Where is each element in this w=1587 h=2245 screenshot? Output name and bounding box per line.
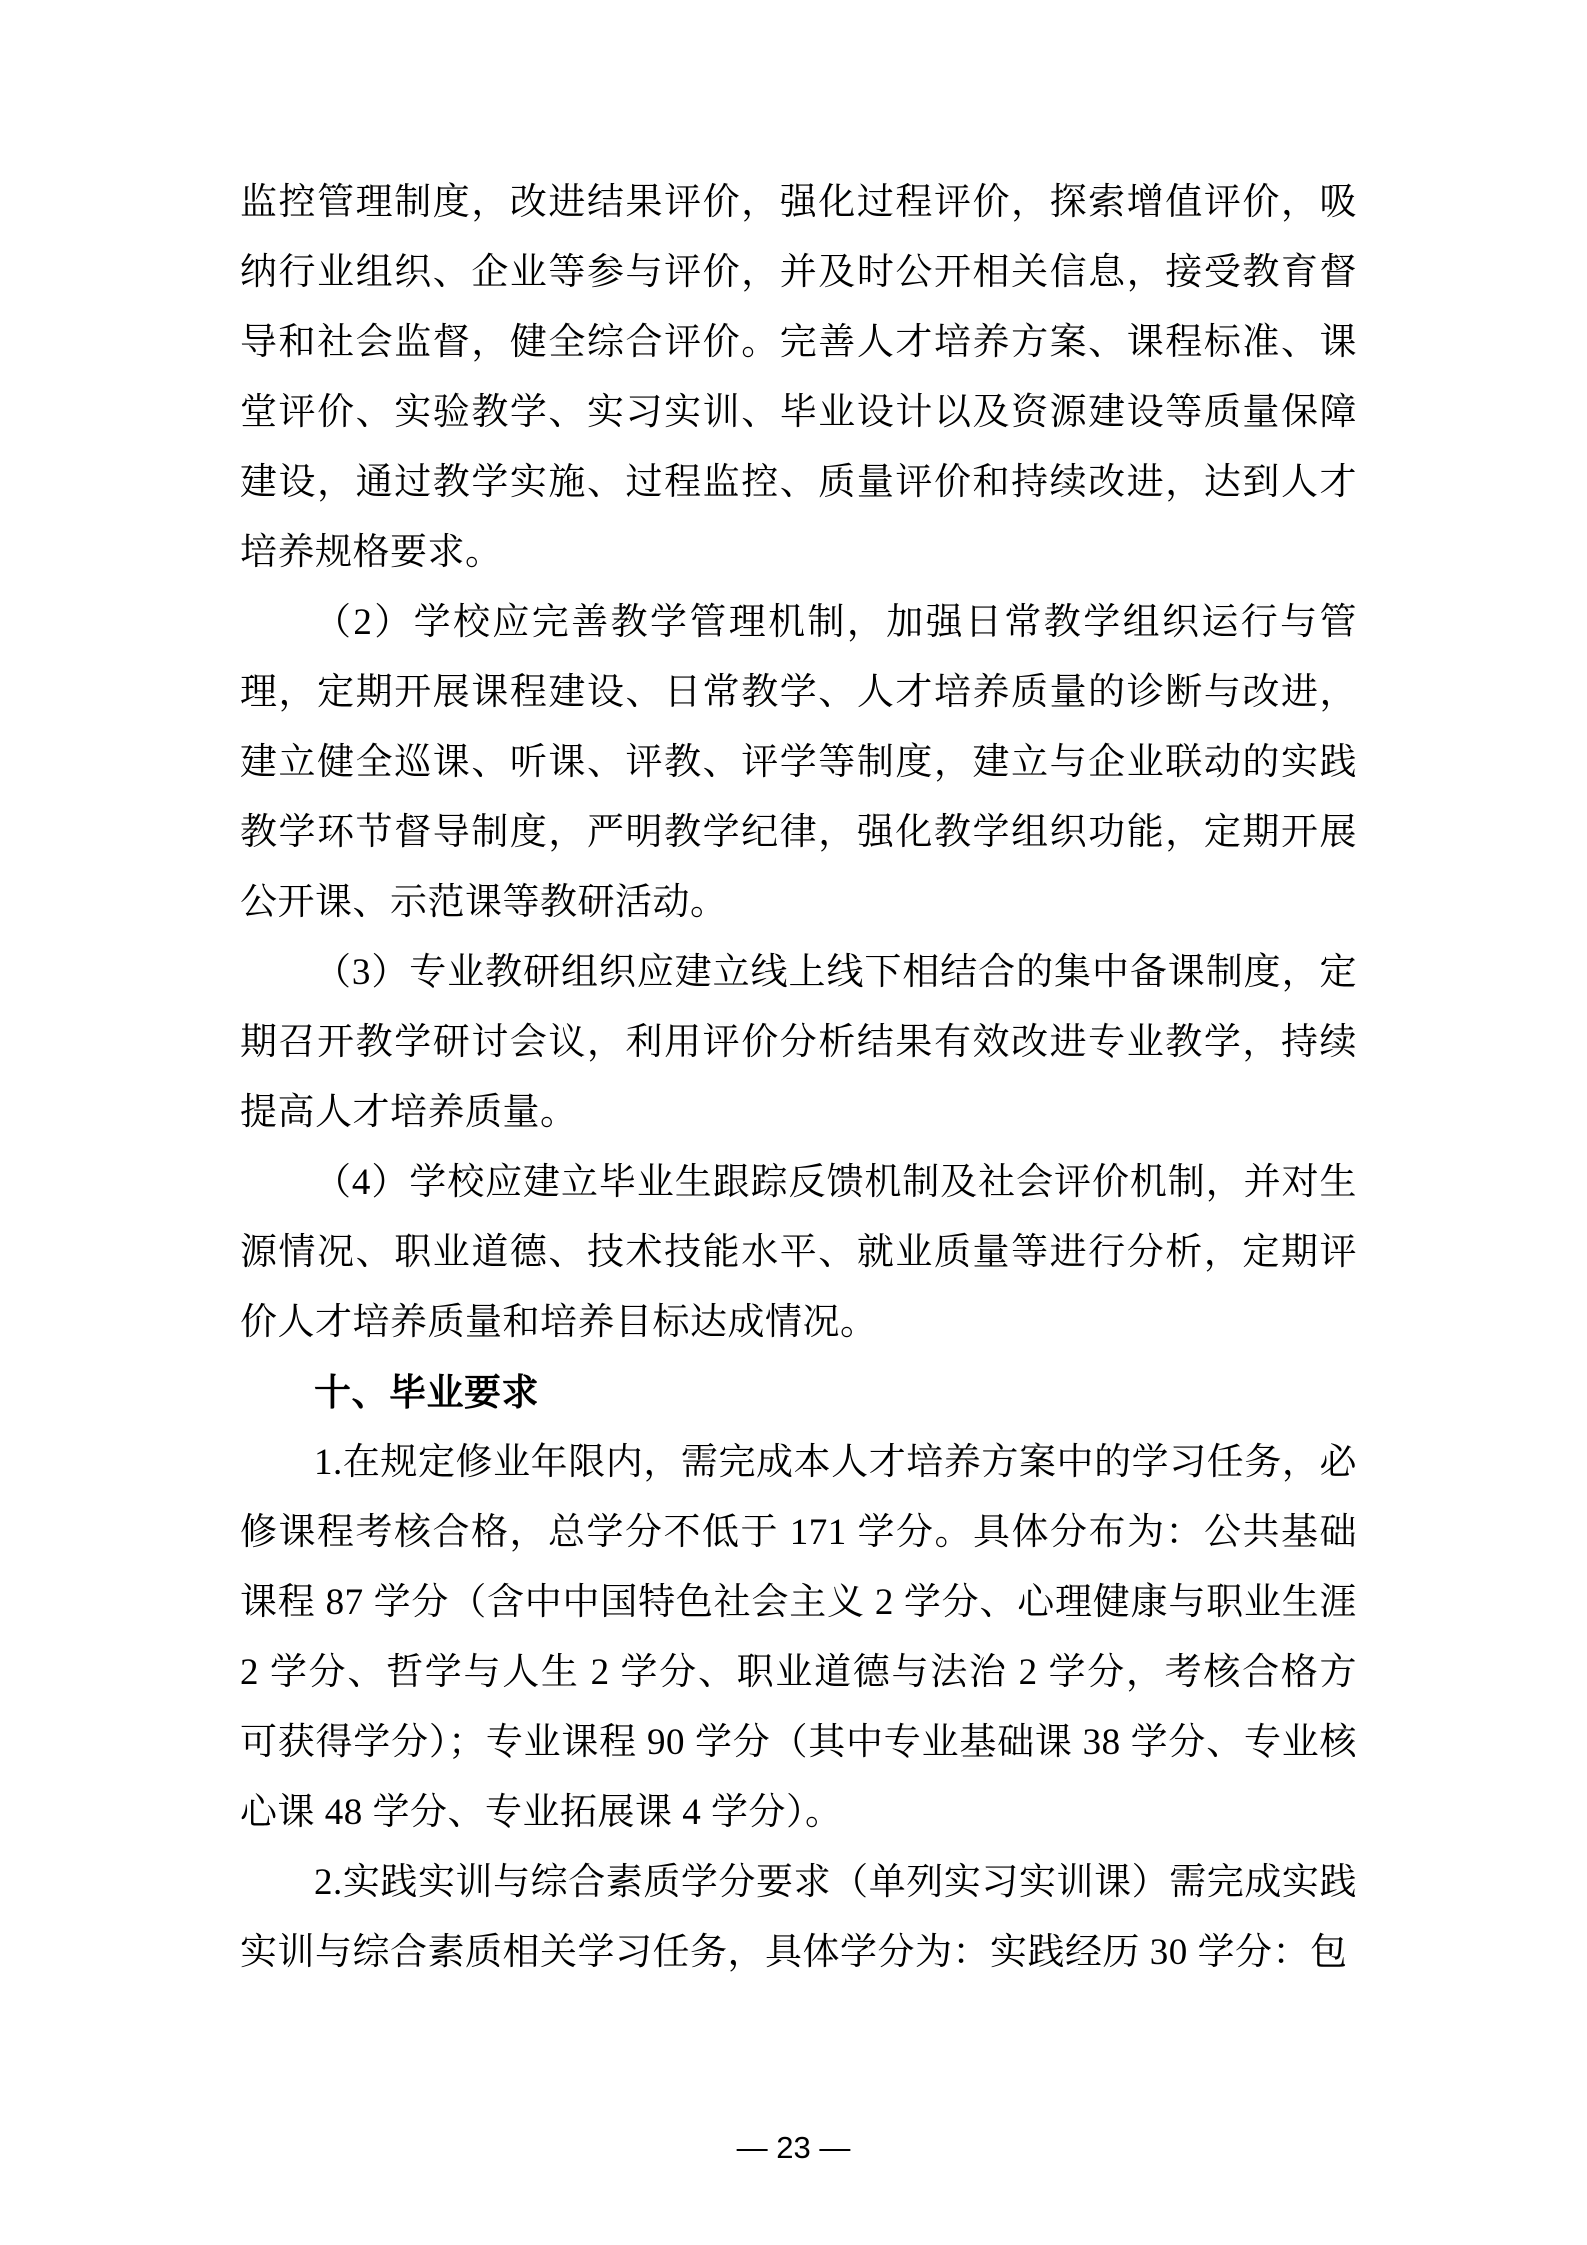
paragraph-teaching-research: （3）专业教研组织应建立线上线下相结合的集中备课制度，定期召开教学研讨会议，利用…	[240, 938, 1357, 1148]
document-body: 监控管理制度，改进结果评价，强化过程评价，探索增值评价，吸纳行业组织、企业等参与…	[240, 168, 1357, 1988]
page-number: — 23 —	[0, 2128, 1587, 2168]
section-heading-graduation-requirements: 十、毕业要求	[240, 1358, 1357, 1428]
document-page: 监控管理制度，改进结果评价，强化过程评价，探索增值评价，吸纳行业组织、企业等参与…	[0, 0, 1587, 2245]
paragraph-practice-credit-requirements: 2.实践实训与综合素质学分要求（单列实习实训课）需完成实践实训与综合素质相关学习…	[240, 1848, 1357, 1988]
paragraph-quality-evaluation: 监控管理制度，改进结果评价，强化过程评价，探索增值评价，吸纳行业组织、企业等参与…	[240, 168, 1357, 588]
paragraph-teaching-management: （2）学校应完善教学管理机制，加强日常教学组织运行与管理，定期开展课程建设、日常…	[240, 588, 1357, 938]
paragraph-credit-requirements: 1.在规定修业年限内，需完成本人才培养方案中的学习任务，必修课程考核合格，总学分…	[240, 1428, 1357, 1848]
paragraph-graduate-feedback: （4）学校应建立毕业生跟踪反馈机制及社会评价机制，并对生源情况、职业道德、技术技…	[240, 1148, 1357, 1358]
